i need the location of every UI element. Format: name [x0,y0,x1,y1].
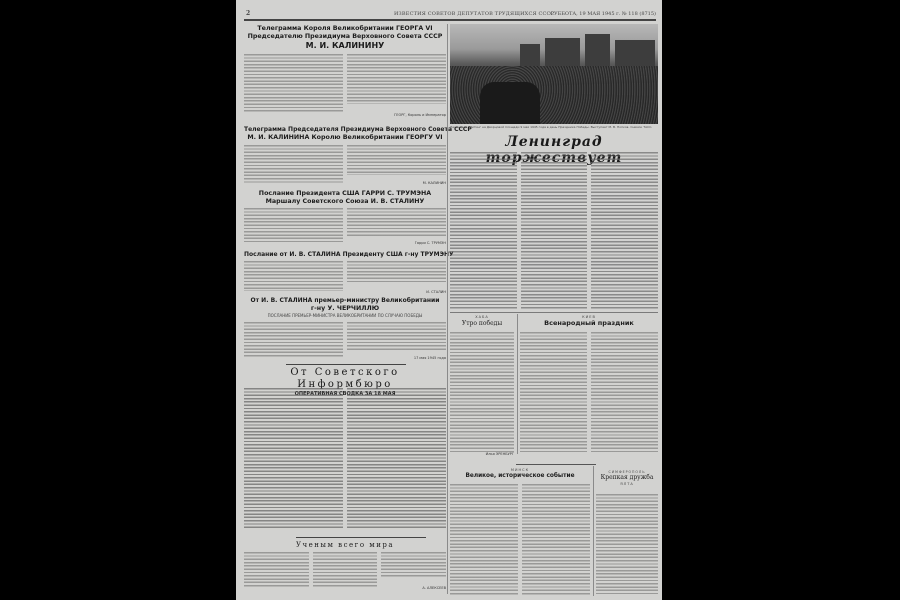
article-truman-to-stalin: Послание Президента США ГАРРИ С. ТРУМЭНА… [244,190,446,206]
text-column [596,494,658,594]
signature: ГЕОРГ, Король и Император [346,113,446,117]
article-great-event: МИНСК Великое, историческое событие [450,468,590,480]
text-column [347,208,446,242]
photo-caption: Ленинград. Митинг на Дворцовой площади 9… [450,125,658,129]
article-body [596,494,658,594]
article-body [244,145,446,183]
text-column [244,54,343,112]
text-column [244,261,343,291]
column-separator [517,314,518,454]
article-kalinin-to-king: Телеграмма Председателя Президиума Верхо… [244,126,446,142]
signature: Гарри С. ТРУМЭН [346,241,446,245]
headline: Послание от И. В. СТАЛИНА Президенту США… [244,251,446,259]
subheadline: ЯЛТА [596,482,658,486]
divider [286,364,406,365]
podium [480,82,540,124]
text-column [450,152,517,310]
headline: Утро победы [450,319,514,328]
article-body [244,388,446,528]
text-column [347,261,446,291]
building [545,38,580,68]
article-nationwide-holiday: КИЕВ Всенародный праздник [520,315,658,327]
article-body [244,261,446,291]
text-column [244,208,343,242]
text-column [347,54,446,112]
headline: Послание Президента США ГАРРИ С. ТРУМЭНА [244,190,446,198]
article-scientists: Ученым всего мира [244,541,446,550]
page-number: 2 [246,10,250,18]
article-friendship: СИМФЕРОПОЛЬ Крепкая дружба ЯЛТА [596,470,658,486]
text-column [244,145,343,183]
headline: Великое, историческое событие [450,472,590,480]
dateline: 17 мая 1945 года [346,356,446,360]
signature: А. АЛЕКСЕЕВ [386,586,446,590]
headline: Председателю Президиума Верховного Совет… [244,33,446,41]
text-column [244,388,343,528]
text-column [591,332,658,454]
text-column [347,388,446,528]
text-column [347,145,446,183]
signature: И. СТАЛИН [346,290,446,294]
text-column [591,152,658,310]
signature: М. КАЛИНИН [346,181,446,185]
article-stalin-to-truman: Послание от И. В. СТАЛИНА Президенту США… [244,251,446,259]
building [520,44,540,68]
issue-date: СУББОТА, 19 МАЯ 1945 г. № 118 (8715) [550,10,656,18]
headline: От И. В. СТАЛИНА премьер-министру Велико… [244,297,446,305]
article-stalin-to-churchill: От И. В. СТАЛИНА премьер-министру Велико… [244,297,446,318]
building [585,34,610,68]
article-body [244,552,446,588]
headline: Ученым всего мира [244,541,446,550]
article-body [450,332,514,452]
masthead: 2 ИЗВЕСТИЯ СОВЕТОВ ДЕПУТАТОВ ТРУДЯЩИХСЯ … [244,10,656,18]
text-column [347,322,446,358]
headline: Маршалу Советского Союза И. В. СТАЛИНУ [244,198,446,206]
headline: Телеграмма Председателя Президиума Верхо… [244,126,446,134]
column-separator [593,466,594,596]
article-body [244,208,446,242]
column-separator [447,24,448,594]
divider [516,464,596,465]
headline: М. И. КАЛИНИНУ [244,41,446,51]
subheadline: ПОСЛАНИЕ ПРЕМЬЕР-МИНИСТРА ВЕЛИКОБРИТАНИИ… [244,313,446,318]
headline: г-ну У. ЧЕРЧИЛЛЮ [244,305,446,313]
article-body [244,322,446,358]
divider [296,537,426,538]
headline: Всенародный праздник [520,319,658,327]
building [615,40,655,68]
text-column [313,552,378,588]
text-column [244,322,343,358]
text-column [381,552,446,588]
text-column [450,484,518,596]
newspaper-page: 2 ИЗВЕСТИЯ СОВЕТОВ ДЕПУТАТОВ ТРУДЯЩИХСЯ … [236,0,662,600]
divider [450,312,658,313]
article-body [450,152,658,310]
text-column [522,484,590,596]
newspaper-title: ИЗВЕСТИЯ СОВЕТОВ ДЕПУТАТОВ ТРУДЯЩИХСЯ СС… [394,10,554,18]
headline: М. И. КАЛИНИНА Королю Великобритании ГЕО… [244,134,446,142]
headline: Крепкая дружба [596,474,658,482]
article-body [520,332,658,454]
leningrad-rally-photo [450,24,658,124]
signature: Илья ЭРЕНБУРГ [450,452,514,456]
text-column [244,552,309,588]
article-morning-victory: ХАБА Утро победы [450,315,514,328]
text-column [521,152,588,310]
masthead-rule [244,19,656,21]
article-body [244,54,446,112]
text-column [450,332,514,452]
article-king-to-kalinin: Телеграмма Короля Великобритании ГЕОРГА … [244,25,446,51]
headline: Телеграмма Короля Великобритании ГЕОРГА … [244,25,446,33]
article-body [450,484,590,596]
text-column [520,332,587,454]
